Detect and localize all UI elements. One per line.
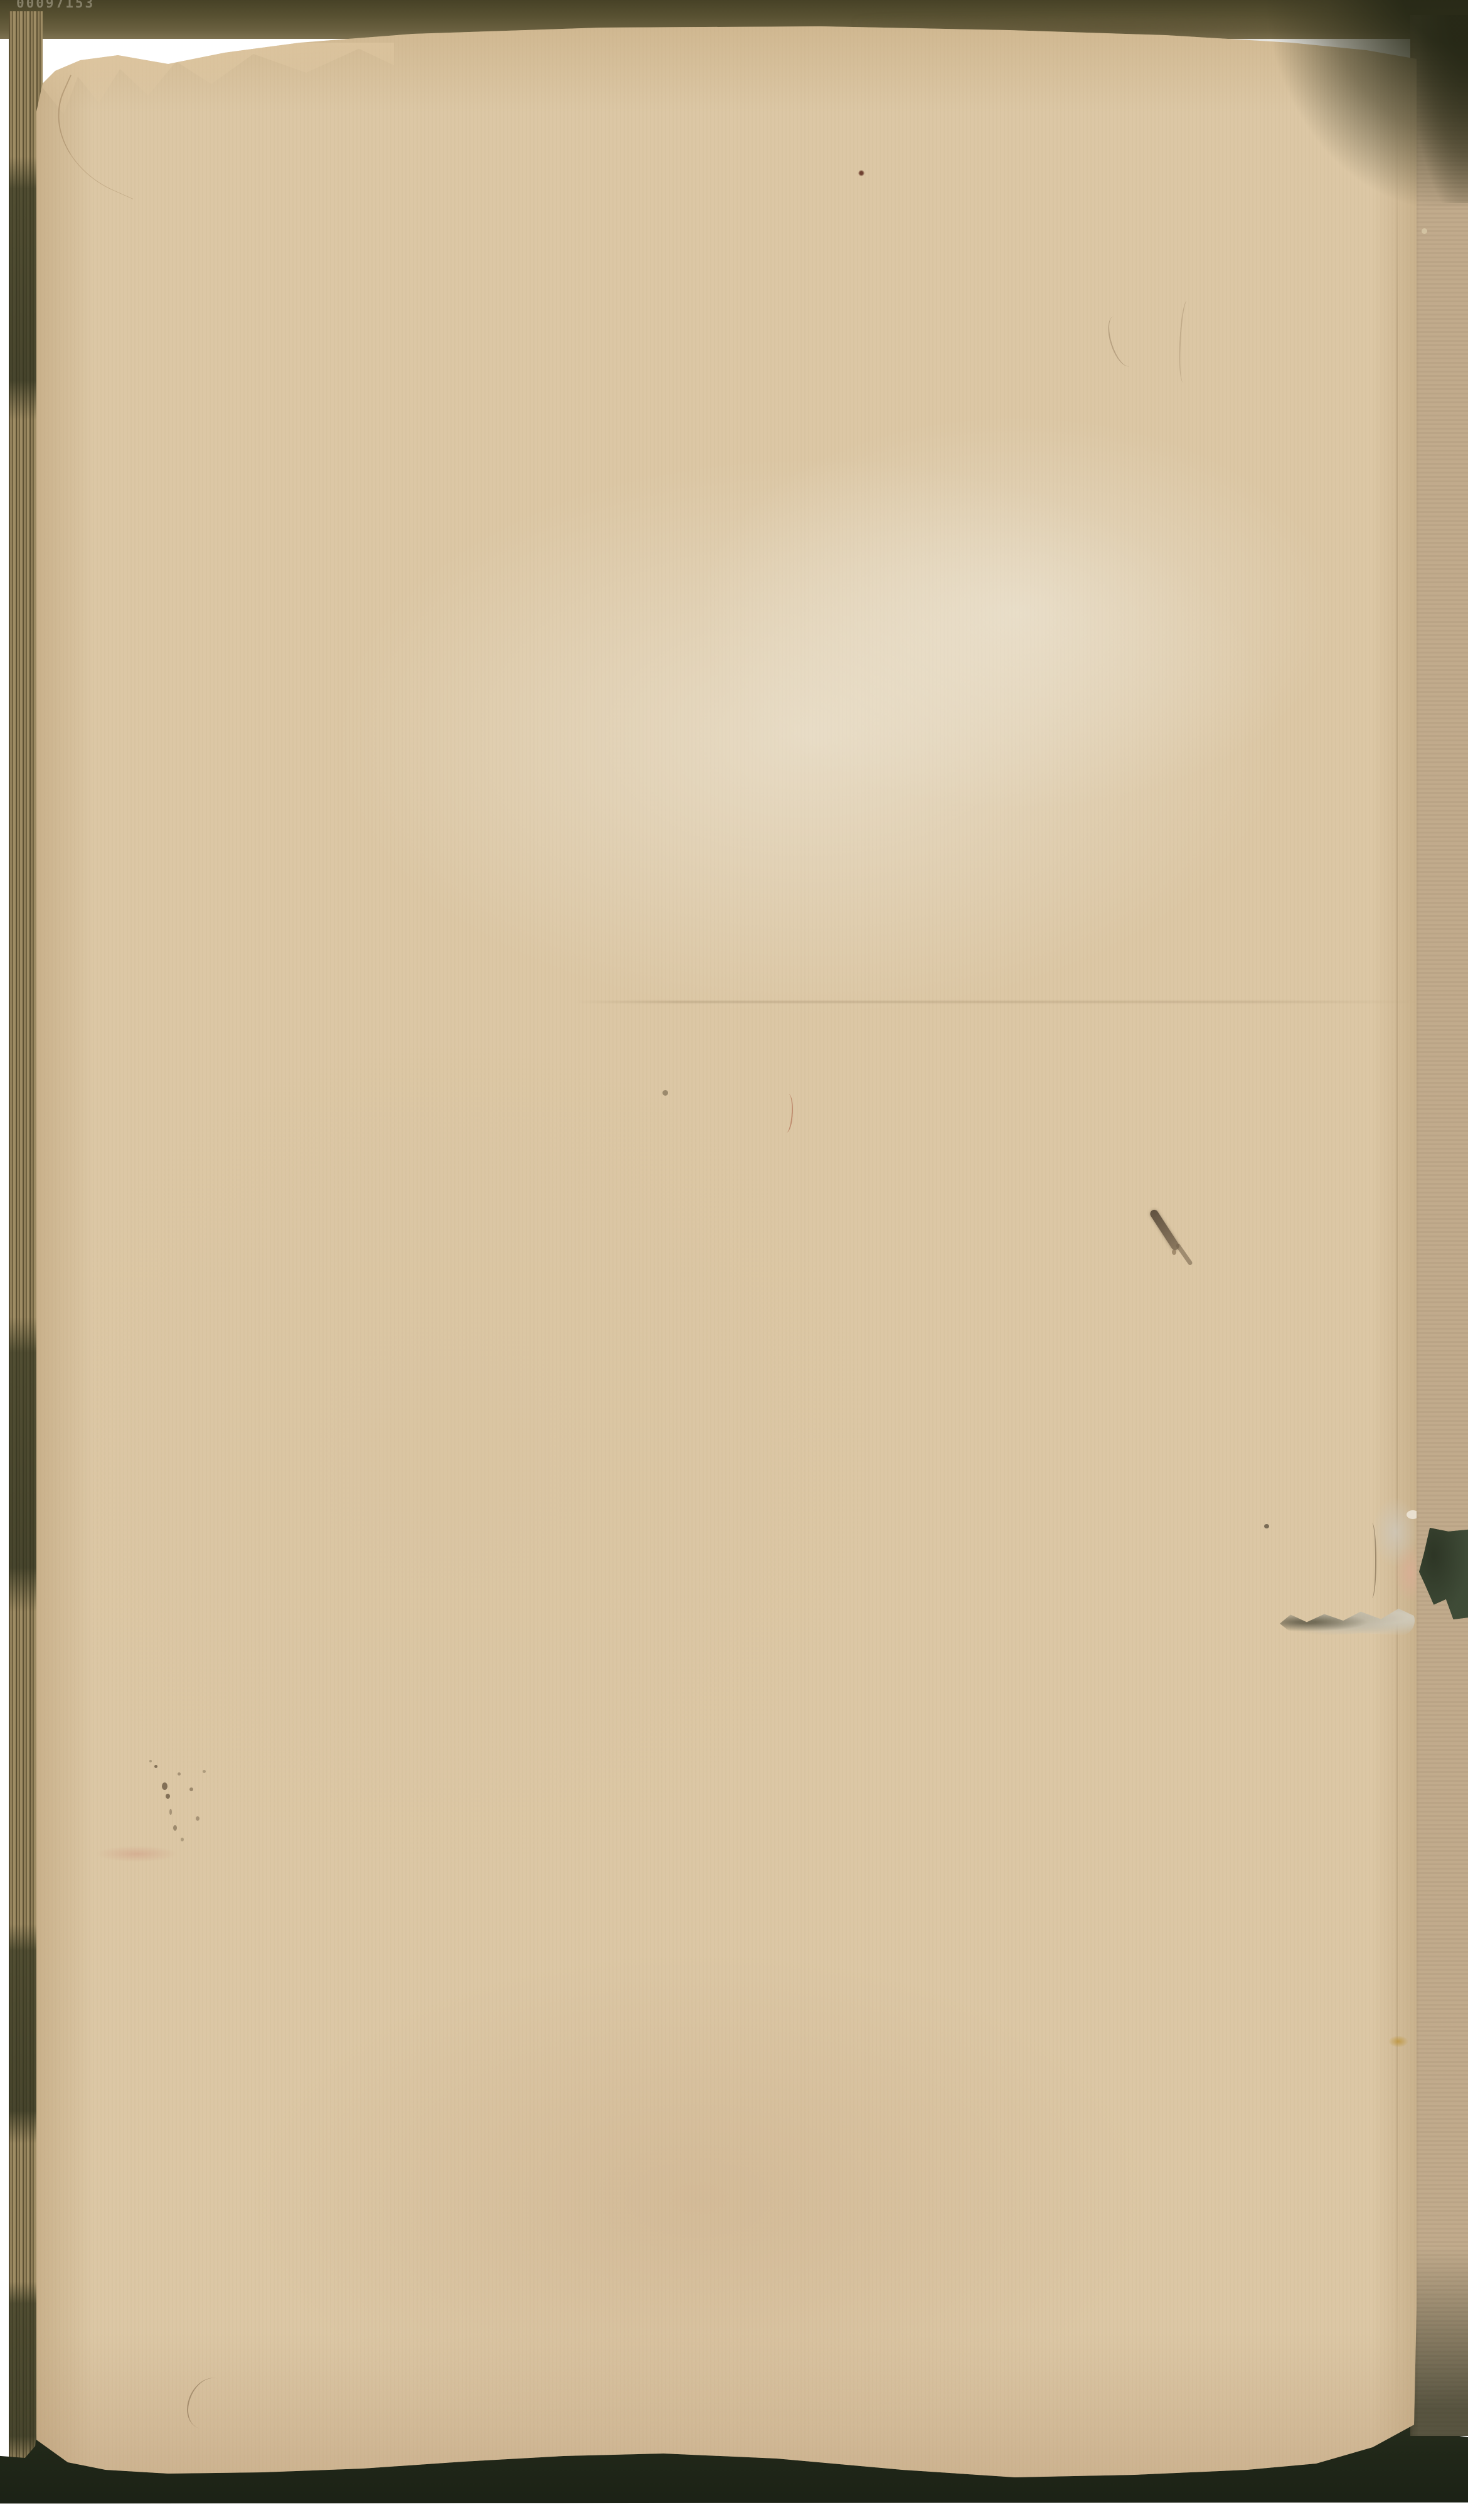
horizontal-crease: [576, 1001, 1417, 1003]
faint-fiber: [1176, 301, 1193, 383]
red-fleck: [858, 170, 864, 176]
dark-fiber-tail: [1175, 1243, 1193, 1266]
book-scan: 00097153: [0, 0, 1468, 2520]
red-fiber-squiggle: [780, 1093, 795, 1133]
cover-bottom-shadow: [1410, 2248, 1468, 2436]
cover-pale-dot: [1422, 228, 1427, 234]
vertical-crease: [1396, 93, 1398, 2426]
ink-speckle-cluster: [143, 1755, 225, 1855]
small-dot: [662, 1090, 668, 1096]
small-dot: [1172, 1249, 1176, 1255]
bottom-left-crease-mark: [183, 2373, 234, 2434]
faint-fiber: [1103, 312, 1141, 369]
small-dot: [1264, 1524, 1269, 1528]
scan-id-watermark: 00097153: [16, 0, 95, 11]
blank-book-page: [36, 18, 1417, 2496]
book-cover-right: [1410, 15, 1468, 2436]
tear-debris: [1280, 1606, 1415, 1636]
top-right-corner-shadow: [1267, 0, 1468, 207]
pink-stain: [96, 1846, 178, 1862]
yellow-spot: [1389, 2036, 1408, 2047]
